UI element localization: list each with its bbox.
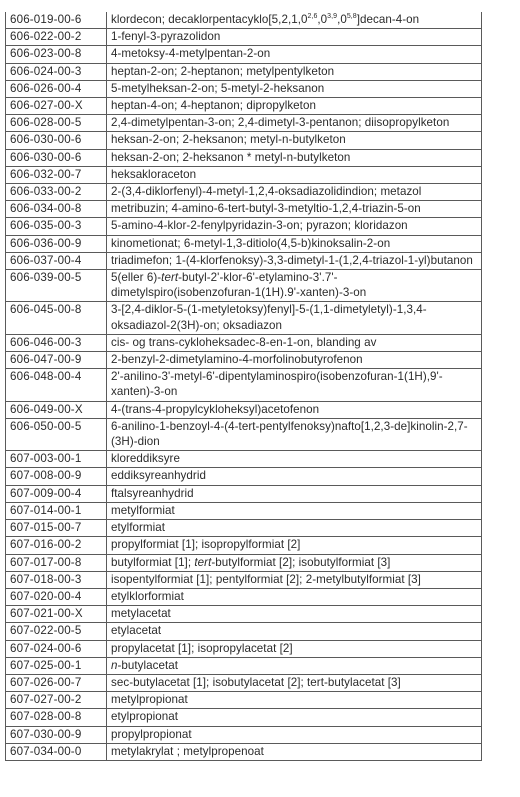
table-row: 606-026-00-4 5-metylheksan-2-on; 5-metyl… <box>6 80 482 97</box>
table-row: 606-045-00-8 3-[2,4-diklor-5-(1-metyleto… <box>6 302 482 334</box>
table-row: 607-018-00-3 isopentylformiat [1]; penty… <box>6 571 482 588</box>
substance-table: 606-019-00-6 klordecon; decaklorpentacyk… <box>5 12 482 761</box>
index-number-cell: 607-026-00-7 <box>6 674 107 691</box>
index-number-cell: 606-034-00-8 <box>6 201 107 218</box>
table-row: 606-049-00-X 4-(trans-4-propylcykloheksy… <box>6 401 482 418</box>
table-row: 607-025-00-1 n-butylacetat <box>6 657 482 674</box>
substance-name-cell: etylformiat <box>107 520 482 537</box>
index-number-cell: 607-003-00-1 <box>6 451 107 468</box>
table-row: 607-026-00-7 sec-butylacetat [1]; isobut… <box>6 674 482 691</box>
substance-name-cell: klordecon; decaklorpentacyklo[5,2,1,02,6… <box>107 12 482 29</box>
substance-name-cell: metribuzin; 4-amino-6-tert-butyl-3-metyl… <box>107 201 482 218</box>
substance-name-cell: propylformiat [1]; isopropylformiat [2] <box>107 537 482 554</box>
index-number-cell: 606-032-00-7 <box>6 166 107 183</box>
index-number-cell: 607-008-00-9 <box>6 468 107 485</box>
substance-name-cell: 2,4-dimetylpentan-3-on; 2,4-dimetyl-3-pe… <box>107 115 482 132</box>
substance-name-cell: etylklorformiat <box>107 588 482 605</box>
substance-name-cell: 2-(3,4-diklorfenyl)-4-metyl-1,2,4-oksadi… <box>107 184 482 201</box>
table-row: 607-024-00-6 propylacetat [1]; isopropyl… <box>6 640 482 657</box>
substance-name-cell: butylformiat [1]; tert-butylformiat [2];… <box>107 554 482 571</box>
index-number-cell: 606-048-00-4 <box>6 369 107 401</box>
index-number-cell: 607-028-00-8 <box>6 709 107 726</box>
index-number-cell: 606-022-00-2 <box>6 29 107 46</box>
substance-name-cell: 5(eller 6)-tert-butyl-2'-klor-6'-etylami… <box>107 270 482 302</box>
table-row: 607-008-00-9 eddiksyreanhydrid <box>6 468 482 485</box>
table-row: 606-033-00-2 2-(3,4-diklorfenyl)-4-metyl… <box>6 184 482 201</box>
index-number-cell: 606-039-00-5 <box>6 270 107 302</box>
substance-name-cell: kinometionat; 6-metyl-1,3-ditiolo(4,5-b)… <box>107 235 482 252</box>
index-number-cell: 607-024-00-6 <box>6 640 107 657</box>
table-row: 606-019-00-6 klordecon; decaklorpentacyk… <box>6 12 482 29</box>
table-row: 607-028-00-8 etylpropionat <box>6 709 482 726</box>
substance-name-cell: 5-metylheksan-2-on; 5-metyl-2-heksanon <box>107 80 482 97</box>
index-number-cell: 607-025-00-1 <box>6 657 107 674</box>
table-row: 607-021-00-X metylacetat <box>6 606 482 623</box>
table-row: 606-027-00-X heptan-4-on; 4-heptanon; di… <box>6 98 482 115</box>
index-number-cell: 606-024-00-3 <box>6 63 107 80</box>
substance-name-cell: etylpropionat <box>107 709 482 726</box>
index-number-cell: 606-049-00-X <box>6 401 107 418</box>
index-number-cell: 606-037-00-4 <box>6 252 107 269</box>
substance-name-cell: metylpropionat <box>107 692 482 709</box>
table-row: 606-035-00-3 5-amino-4-klor-2-fenylpyrid… <box>6 218 482 235</box>
table-row: 607-020-00-4 etylklorformiat <box>6 588 482 605</box>
table-row: 606-030-00-6 heksan-2-on; 2-heksanon; me… <box>6 132 482 149</box>
index-number-cell: 607-014-00-1 <box>6 502 107 519</box>
index-number-cell: 606-030-00-6 <box>6 132 107 149</box>
substance-name-cell: 4-(trans-4-propylcykloheksyl)acetofenon <box>107 401 482 418</box>
substance-name-cell: 6-anilino-1-benzoyl-4-(4-tert-pentylfeno… <box>107 418 482 450</box>
substance-name-cell: 4-metoksy-4-metylpentan-2-on <box>107 46 482 63</box>
index-number-cell: 606-045-00-8 <box>6 302 107 334</box>
index-number-cell: 607-018-00-3 <box>6 571 107 588</box>
substance-name-cell: eddiksyreanhydrid <box>107 468 482 485</box>
index-number-cell: 606-027-00-X <box>6 98 107 115</box>
table-row: 607-022-00-5 etylacetat <box>6 623 482 640</box>
substance-name-cell: propylacetat [1]; isopropylacetat [2] <box>107 640 482 657</box>
table-row: 606-048-00-4 2'-anilino-3'-metyl-6'-dipe… <box>6 369 482 401</box>
substance-name-cell: ftalsyreanhydrid <box>107 485 482 502</box>
substance-table-body: 606-019-00-6 klordecon; decaklorpentacyk… <box>6 12 482 760</box>
index-number-cell: 606-030-00-6 <box>6 149 107 166</box>
table-row: 607-017-00-8 butylformiat [1]; tert-buty… <box>6 554 482 571</box>
table-row: 607-015-00-7 etylformiat <box>6 520 482 537</box>
index-number-cell: 607-020-00-4 <box>6 588 107 605</box>
substance-name-cell: cis- og trans-cykloheksadec-8-en-1-on, b… <box>107 334 482 351</box>
index-number-cell: 606-033-00-2 <box>6 184 107 201</box>
table-row: 606-023-00-8 4-metoksy-4-metylpentan-2-o… <box>6 46 482 63</box>
table-row: 606-030-00-6 heksan-2-on; 2-heksanon * m… <box>6 149 482 166</box>
substance-name-cell: 2'-anilino-3'-metyl-6'-dipentylaminospir… <box>107 369 482 401</box>
table-row: 607-014-00-1 metylformiat <box>6 502 482 519</box>
index-number-cell: 607-021-00-X <box>6 606 107 623</box>
table-row: 606-037-00-4 triadimefon; 1-(4-klorfenok… <box>6 252 482 269</box>
substance-name-cell: etylacetat <box>107 623 482 640</box>
substance-name-cell: heptan-2-on; 2-heptanon; metylpentylketo… <box>107 63 482 80</box>
index-number-cell: 606-035-00-3 <box>6 218 107 235</box>
substance-name-cell: 3-[2,4-diklor-5-(1-metyletoksy)fenyl]-5-… <box>107 302 482 334</box>
table-row: 607-009-00-4 ftalsyreanhydrid <box>6 485 482 502</box>
substance-name-cell: sec-butylacetat [1]; isobutylacetat [2];… <box>107 674 482 691</box>
substance-name-cell: 2-benzyl-2-dimetylamino-4-morfolinobutyr… <box>107 352 482 369</box>
index-number-cell: 606-019-00-6 <box>6 12 107 29</box>
index-number-cell: 606-036-00-9 <box>6 235 107 252</box>
table-row: 606-024-00-3 heptan-2-on; 2-heptanon; me… <box>6 63 482 80</box>
index-number-cell: 607-022-00-5 <box>6 623 107 640</box>
substance-name-cell: triadimefon; 1-(4-klorfenoksy)-3,3-dimet… <box>107 252 482 269</box>
substance-name-cell: 5-amino-4-klor-2-fenylpyridazin-3-on; py… <box>107 218 482 235</box>
index-number-cell: 607-016-00-2 <box>6 537 107 554</box>
table-row: 606-050-00-5 6-anilino-1-benzoyl-4-(4-te… <box>6 418 482 450</box>
substance-name-cell: propylpropionat <box>107 726 482 743</box>
table-row: 606-046-00-3 cis- og trans-cykloheksadec… <box>6 334 482 351</box>
index-number-cell: 607-034-00-0 <box>6 743 107 760</box>
index-number-cell: 607-030-00-9 <box>6 726 107 743</box>
table-row: 606-022-00-2 1-fenyl-3-pyrazolidon <box>6 29 482 46</box>
table-row: 606-028-00-5 2,4-dimetylpentan-3-on; 2,4… <box>6 115 482 132</box>
index-number-cell: 606-026-00-4 <box>6 80 107 97</box>
index-number-cell: 606-046-00-3 <box>6 334 107 351</box>
substance-name-cell: heptan-4-on; 4-heptanon; dipropylketon <box>107 98 482 115</box>
substance-name-cell: n-butylacetat <box>107 657 482 674</box>
table-row: 606-034-00-8 metribuzin; 4-amino-6-tert-… <box>6 201 482 218</box>
index-number-cell: 606-023-00-8 <box>6 46 107 63</box>
table-row: 607-016-00-2 propylformiat [1]; isopropy… <box>6 537 482 554</box>
table-row: 607-030-00-9 propylpropionat <box>6 726 482 743</box>
substance-name-cell: 1-fenyl-3-pyrazolidon <box>107 29 482 46</box>
table-row: 607-027-00-2 metylpropionat <box>6 692 482 709</box>
index-number-cell: 606-047-00-9 <box>6 352 107 369</box>
table-row: 607-034-00-0 metylakrylat ; metylpropeno… <box>6 743 482 760</box>
index-number-cell: 607-009-00-4 <box>6 485 107 502</box>
substance-name-cell: isopentylformiat [1]; pentylformiat [2];… <box>107 571 482 588</box>
substance-name-cell: metylacetat <box>107 606 482 623</box>
index-number-cell: 607-027-00-2 <box>6 692 107 709</box>
table-row: 606-036-00-9 kinometionat; 6-metyl-1,3-d… <box>6 235 482 252</box>
index-number-cell: 606-028-00-5 <box>6 115 107 132</box>
index-number-cell: 607-017-00-8 <box>6 554 107 571</box>
table-row: 606-032-00-7 heksakloraceton <box>6 166 482 183</box>
table-row: 606-047-00-9 2-benzyl-2-dimetylamino-4-m… <box>6 352 482 369</box>
substance-name-cell: heksakloraceton <box>107 166 482 183</box>
table-row: 607-003-00-1 kloreddiksyre <box>6 451 482 468</box>
index-number-cell: 607-015-00-7 <box>6 520 107 537</box>
substance-name-cell: heksan-2-on; 2-heksanon; metyl-n-butylke… <box>107 132 482 149</box>
index-number-cell: 606-050-00-5 <box>6 418 107 450</box>
substance-name-cell: metylformiat <box>107 502 482 519</box>
table-row: 606-039-00-5 5(eller 6)-tert-butyl-2'-kl… <box>6 270 482 302</box>
substance-name-cell: kloreddiksyre <box>107 451 482 468</box>
substance-name-cell: metylakrylat ; metylpropenoat <box>107 743 482 760</box>
substance-name-cell: heksan-2-on; 2-heksanon * metyl-n-butylk… <box>107 149 482 166</box>
